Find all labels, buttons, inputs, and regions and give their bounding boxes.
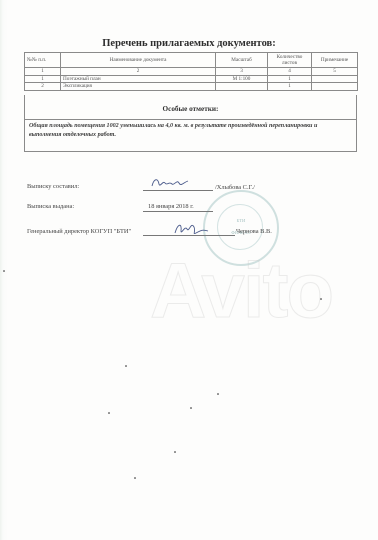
numbering-cell: 2: [61, 68, 216, 76]
scan-speck: [108, 412, 110, 414]
row-name: Поэтажный план: [61, 75, 216, 83]
scan-speck: [134, 477, 136, 479]
header-name: Наименование документа: [61, 53, 216, 68]
table-row: 1 Поэтажный план М 1:100 1: [25, 75, 358, 83]
numbering-cell: 5: [312, 68, 358, 76]
issued-date: 18 января 2018 г.: [148, 203, 194, 210]
row-sheets: 1: [268, 83, 312, 91]
compiled-by-name: /Хлыбова С.Г./: [215, 184, 255, 191]
row-note: [312, 83, 358, 91]
special-notes-box: Особые отметки: Общая площадь помещения …: [24, 95, 357, 152]
numbering-cell: 3: [216, 68, 268, 76]
stamp-text: БТИ: [205, 218, 277, 223]
table-row: 2 Экспликация 1: [25, 83, 358, 91]
special-notes-title: Особые отметки:: [25, 105, 356, 113]
document-title: Перечень прилагаемых документов:: [0, 38, 378, 49]
row-note: [312, 75, 358, 83]
signature-scribble-icon: [172, 219, 212, 237]
compiled-by-label: Выписку составил:: [27, 183, 79, 190]
documents-table: №№ п.п. Наименование документа Масштаб К…: [24, 52, 358, 91]
scan-speck: [174, 451, 176, 453]
signature-line: [143, 190, 213, 191]
date-line: [143, 211, 213, 212]
row-num: 1: [25, 75, 61, 83]
row-sheets: 1: [268, 75, 312, 83]
row-scale: М 1:100: [216, 75, 268, 83]
scan-speck: [125, 365, 127, 367]
scan-speck: [3, 270, 5, 272]
document-page: Перечень прилагаемых документов: №№ п.п.…: [0, 0, 378, 540]
row-name: Экспликация: [61, 83, 216, 91]
row-num: 2: [25, 83, 61, 91]
header-scale: Масштаб: [216, 53, 268, 68]
scan-speck: [217, 393, 219, 395]
row-scale: [216, 83, 268, 91]
special-notes-text: Общая площадь помещения 1002 уменьшилась…: [29, 122, 346, 139]
scan-speck: [190, 407, 192, 409]
numbering-cell: 4: [268, 68, 312, 76]
header-sheets: Количество листов: [268, 53, 312, 68]
director-name: Чернова В.В.: [236, 228, 272, 235]
director-label: Генеральный директор КОГУП "БТИ": [27, 228, 131, 235]
divider: [25, 119, 356, 120]
signature-scribble-icon: [150, 176, 192, 190]
avito-watermark: Avito: [150, 245, 332, 336]
issued-label: Выписка выдана:: [27, 203, 74, 210]
stamp-inner-ring: [217, 204, 263, 250]
header-note: Примечание: [312, 53, 358, 68]
table-header-row: №№ п.п. Наименование документа Масштаб К…: [25, 53, 358, 68]
header-num: №№ п.п.: [25, 53, 61, 68]
numbering-row: 1 2 3 4 5: [25, 68, 358, 76]
scan-speck: [320, 298, 322, 300]
numbering-cell: 1: [25, 68, 61, 76]
